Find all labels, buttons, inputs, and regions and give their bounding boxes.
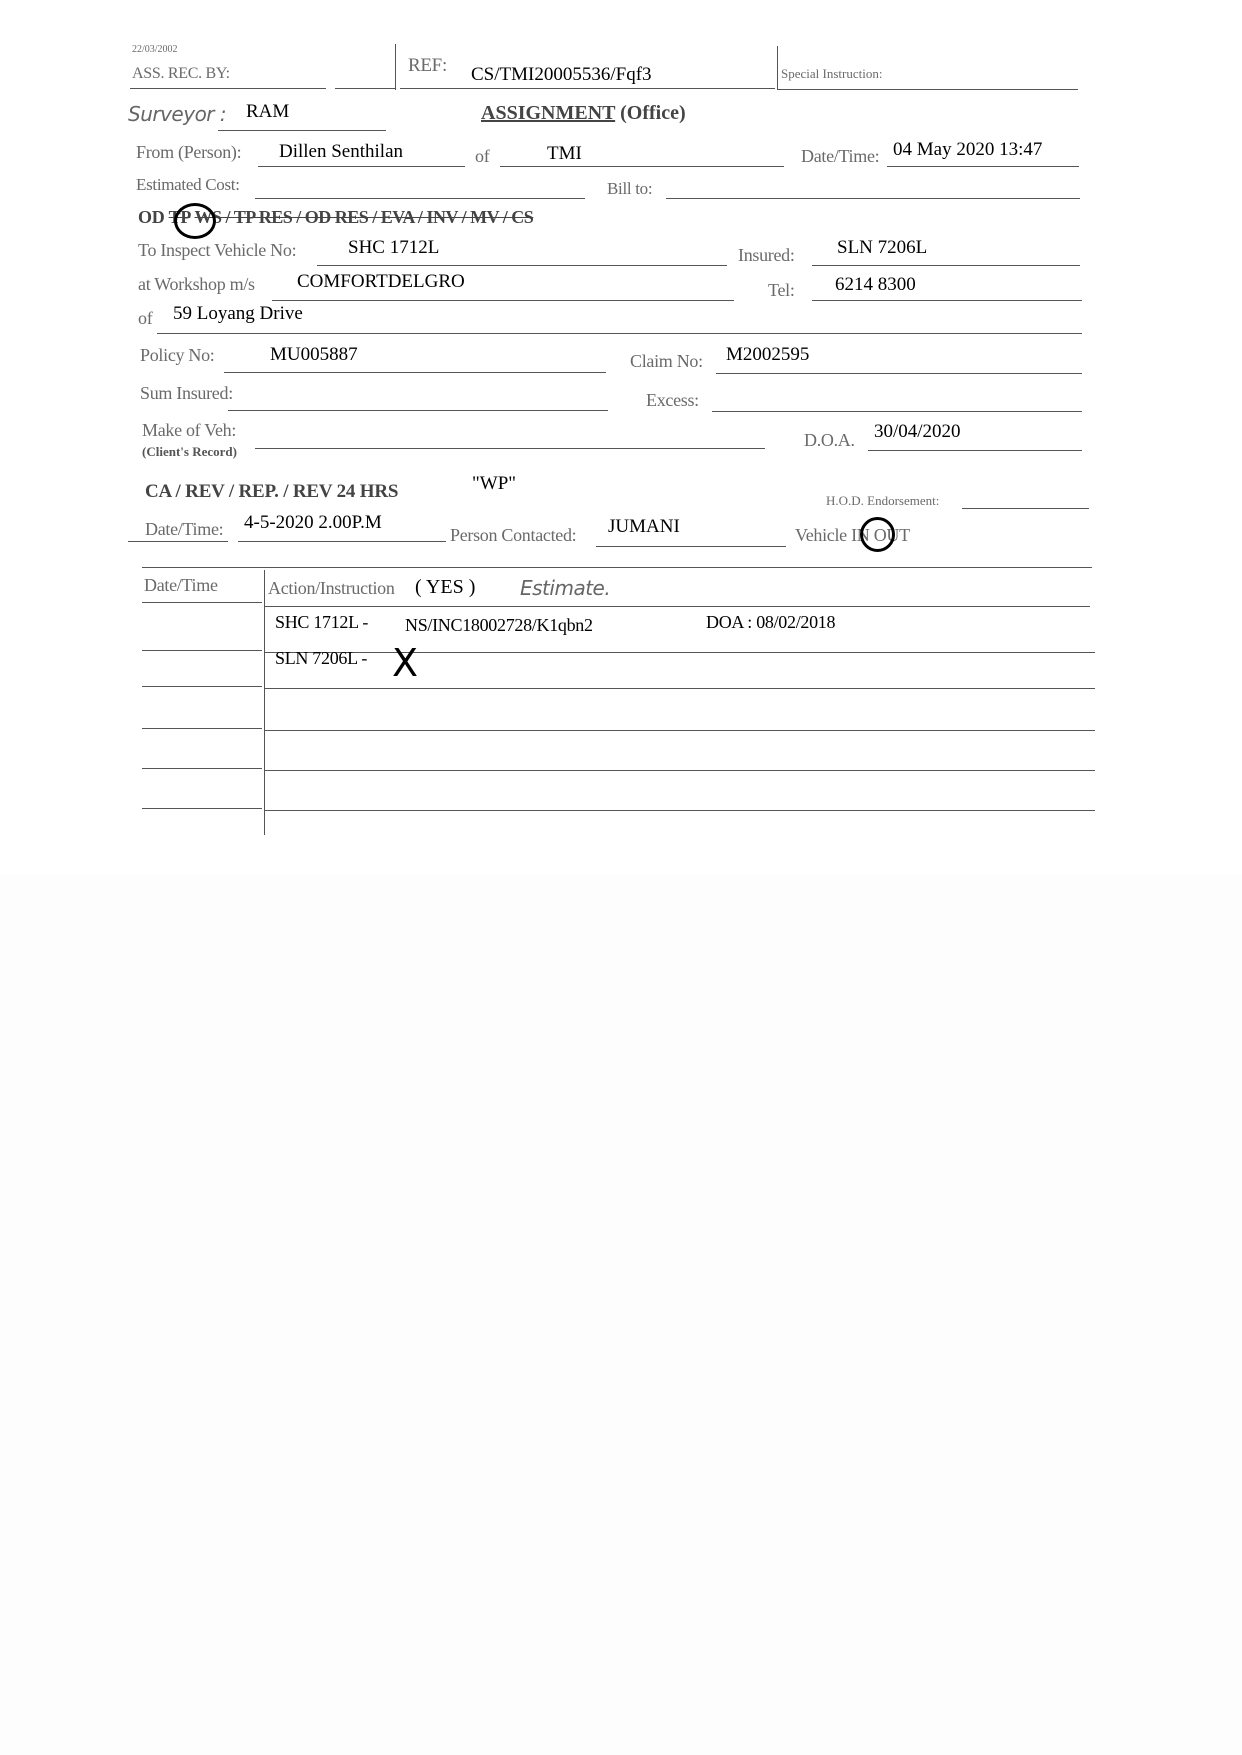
scanned-form: 22/03/2002 ASS. REC. BY: REF: CS/TMI2000… (0, 0, 1242, 875)
insured-value[interactable]: SLN 7206L (837, 237, 927, 259)
table-header-line-left (142, 602, 262, 603)
address-value[interactable]: 59 Loyang Drive (173, 303, 303, 325)
row-line (265, 730, 1095, 731)
contact-datetime-line-a (128, 541, 228, 542)
ref-label: REF: (408, 55, 447, 77)
header-divider-2 (777, 46, 778, 90)
row-vehicle: SHC 1712L - (275, 612, 368, 633)
contact-options: CA / REV / REP. / REV 24 HRS (145, 481, 398, 503)
claim-no-line (716, 373, 1082, 374)
vehicle-in-circle (860, 517, 895, 552)
row-doa: DOA : 08/02/2018 (706, 612, 835, 633)
estimated-cost-label: Estimated Cost: (136, 175, 240, 195)
make-of-veh-label: Make of Veh: (142, 420, 236, 441)
form-title: ASSIGNMENT (Office) (481, 102, 686, 125)
insured-label: Insured: (738, 245, 795, 266)
workshop-line (272, 300, 734, 301)
form-title-suffix: (Office) (620, 102, 686, 124)
doa-label: D.O.A. (804, 430, 855, 451)
header-divider (395, 44, 396, 90)
row-line-left (142, 768, 262, 769)
surveyor-line (218, 130, 386, 131)
from-of-value[interactable]: TMI (547, 143, 582, 165)
from-person-line (258, 166, 465, 167)
special-instruction-line (778, 89, 1078, 90)
action-yes: ( YES ) (415, 576, 475, 599)
special-instruction-label: Special Instruction: (781, 66, 882, 82)
datetime-label: Date/Time: (801, 146, 879, 167)
vehicle-status-label: Vehicle (795, 525, 847, 545)
wp-note: "WP" (472, 473, 516, 495)
from-of-line (500, 166, 784, 167)
ref-value[interactable]: CS/TMI20005536/Fqf3 (471, 64, 652, 86)
x-mark-icon: X (392, 644, 418, 682)
person-contacted-label: Person Contacted: (450, 525, 576, 546)
inspect-vehicle-label: To Inspect Vehicle No: (138, 240, 296, 261)
table-header-line (265, 606, 1090, 607)
sum-insured-label: Sum Insured: (140, 383, 233, 404)
row-line (265, 688, 1095, 689)
tel-value[interactable]: 6214 8300 (835, 274, 916, 296)
bill-to-line (666, 198, 1080, 199)
ass-rec-by-line-2 (335, 88, 395, 89)
row-line-left (142, 650, 262, 651)
doa-line (868, 450, 1082, 451)
from-person-label: From (Person): (136, 142, 241, 163)
col-action-header: Action/Instruction (268, 578, 395, 599)
form-title-main: ASSIGNMENT (481, 102, 615, 124)
row-line-left (142, 686, 262, 687)
policy-no-line (224, 372, 606, 373)
insured-line (812, 265, 1080, 266)
surveyor-label: Surveyor : (128, 102, 226, 126)
hod-endorsement-line (962, 508, 1089, 509)
policy-no-label: Policy No: (140, 345, 215, 366)
ass-rec-by-line (130, 88, 326, 89)
hod-endorsement-label: H.O.D. Endorsement: (826, 493, 939, 509)
workshop-value[interactable]: COMFORTDELGRO (297, 271, 465, 293)
tel-line (812, 300, 1082, 301)
row-line-left (142, 728, 262, 729)
ref-line (400, 88, 775, 89)
policy-no-value[interactable]: MU005887 (270, 344, 358, 366)
table-column-divider (264, 570, 265, 835)
inspect-vehicle-line (317, 265, 727, 266)
address-line (157, 333, 1082, 334)
section-divider (142, 567, 1092, 568)
workshop-label: at Workshop m/s (138, 274, 255, 295)
selected-type-circle (174, 203, 216, 239)
date-stamp: 22/03/2002 (132, 44, 178, 55)
address-of-label: of (138, 308, 152, 329)
row-line (265, 770, 1095, 771)
ass-rec-by-label: ASS. REC. BY: (132, 65, 230, 83)
make-of-veh-sublabel: (Client's Record) (142, 444, 237, 460)
doa-value[interactable]: 30/04/2020 (874, 421, 961, 443)
contact-datetime-line-b (238, 541, 446, 542)
estimated-cost-line (255, 198, 585, 199)
col-datetime-header: Date/Time (144, 575, 218, 596)
row-line (265, 652, 1095, 653)
from-person-value[interactable]: Dillen Senthilan (279, 141, 403, 163)
datetime-line (887, 166, 1079, 167)
claim-no-value[interactable]: M2002595 (726, 344, 809, 366)
claim-no-label: Claim No: (630, 351, 703, 372)
row-line (265, 810, 1095, 811)
person-contacted-line (596, 546, 786, 547)
bill-to-label: Bill to: (607, 179, 652, 199)
inspect-vehicle-value[interactable]: SHC 1712L (348, 237, 439, 259)
surveyor-value[interactable]: RAM (246, 101, 289, 123)
type-others[interactable]: WS / TP RES / OD RES / EVA / INV / MV / … (195, 207, 534, 227)
action-handwritten: Estimate. (520, 576, 610, 600)
row-vehicle: SLN 7206L - (275, 648, 367, 669)
datetime-value[interactable]: 04 May 2020 13:47 (893, 139, 1042, 161)
type-od[interactable]: OD (138, 207, 165, 227)
contact-datetime-value[interactable]: 4-5-2020 2.00P.M (244, 512, 382, 534)
make-of-veh-line (255, 448, 765, 449)
excess-label: Excess: (646, 390, 699, 411)
contact-datetime-label: Date/Time: (145, 519, 223, 540)
from-of-label: of (475, 146, 489, 167)
sum-insured-line (228, 410, 608, 411)
row-reference: NS/INC18002728/K1qbn2 (405, 615, 593, 636)
row-line-left (142, 808, 262, 809)
tel-label: Tel: (768, 280, 795, 301)
person-contacted-value[interactable]: JUMANI (608, 516, 680, 538)
excess-line (712, 411, 1082, 412)
